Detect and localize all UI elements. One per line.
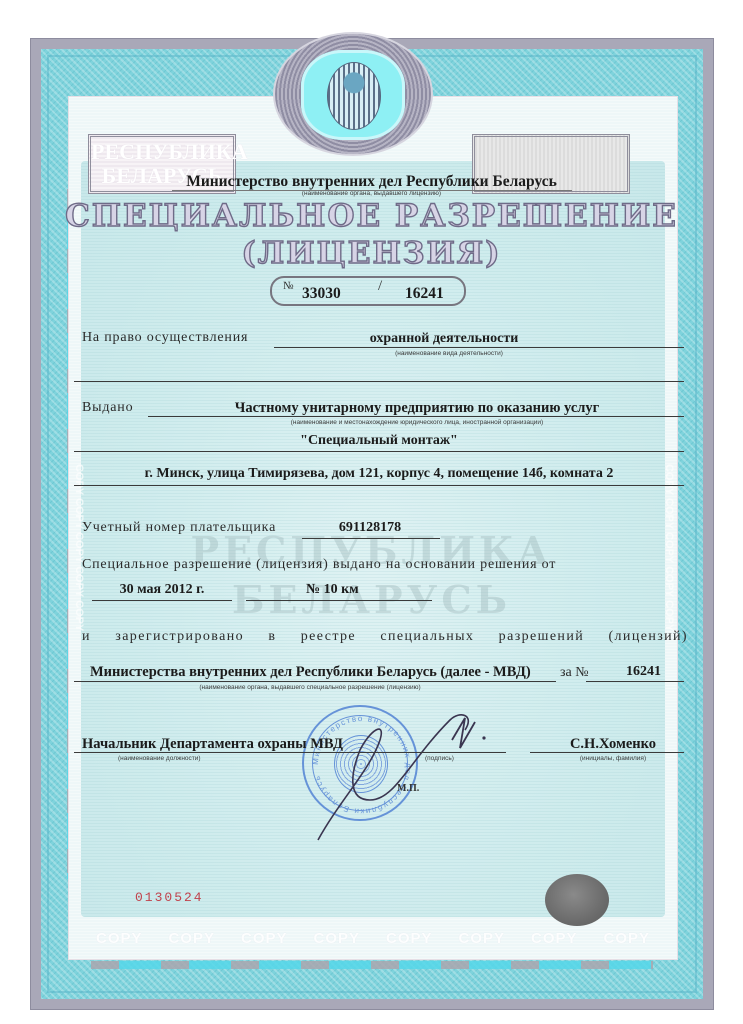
- signer-position: Начальник Департамента охраны МВД: [82, 736, 343, 753]
- issued-to-line1: Частному унитарному предприятию по оказа…: [150, 400, 684, 417]
- taxpayer-underline: [302, 538, 440, 539]
- address-underline: [74, 485, 684, 486]
- copy-mark: COPY: [96, 930, 143, 947]
- position-underline: [74, 752, 506, 753]
- issuing-authority: Министерство внутренних дел Республики Б…: [0, 173, 743, 191]
- copy-mark: COPY: [313, 930, 360, 947]
- number-separator: /: [378, 278, 382, 295]
- registry-caption: (наименование органа, выдавшего специаль…: [160, 684, 460, 691]
- watermark-republic: РЕСПУБЛИКА БЕЛАРУСЬ: [0, 528, 743, 622]
- registry-number-label: за №: [560, 665, 589, 681]
- border-ornament-bottom: [91, 961, 653, 969]
- decision-number: № 10 км: [246, 582, 426, 598]
- emblem-background: [301, 50, 405, 140]
- issued-to-underline1: [148, 416, 684, 417]
- registry-label: и зарегистрировано в реестре специальных…: [82, 629, 688, 645]
- copy-mark: COPY: [386, 930, 433, 947]
- activity-underline: [274, 347, 684, 348]
- position-caption: (наименование должности): [118, 755, 201, 762]
- serial-number: 0130524: [135, 890, 204, 905]
- issuer-caption: (наименование органа, выдавшего лицензию…: [0, 190, 743, 197]
- coat-of-arms-icon: [327, 62, 381, 130]
- taxpayer-label: Учетный номер плательщика: [82, 520, 276, 536]
- activity-value: охранной деятельности: [274, 331, 614, 347]
- state-emblem-frame: [273, 32, 433, 156]
- signature: [300, 700, 500, 850]
- copy-mark: COPY: [168, 930, 215, 947]
- number-sign: №: [283, 280, 294, 292]
- activity-caption: (наименование вида деятельности): [274, 350, 624, 357]
- decision-number-underline: [246, 600, 432, 601]
- blank-line: [74, 381, 684, 382]
- registry-number: 16241: [626, 664, 661, 680]
- signer-caption: (инициалы, фамилия): [548, 755, 678, 762]
- registry-label-text: и зарегистрировано в реестре специальных…: [82, 629, 688, 644]
- decision-date-underline: [92, 600, 232, 601]
- signer-name-underline: [530, 752, 684, 753]
- registry-body: Министерства внутренних дел Республики Б…: [90, 664, 531, 681]
- organization-address: г. Минск, улица Тимирязева, дом 121, кор…: [74, 466, 684, 482]
- issued-to-caption: (наименование и местонахождение юридичес…: [150, 419, 684, 426]
- decision-date: 30 мая 2012 г.: [92, 582, 232, 598]
- signature-caption: (подпись): [425, 755, 454, 762]
- license-number-part2: 16241: [405, 285, 444, 303]
- taxpayer-number: 691128178: [300, 520, 440, 536]
- issued-to-underline2: [74, 451, 684, 452]
- hologram-sticker: [545, 874, 609, 926]
- copy-mark: COPY: [458, 930, 505, 947]
- copy-mark: COPY: [241, 930, 288, 947]
- activity-label: На право осуществления: [82, 330, 248, 346]
- license-number-part1: 33030: [302, 285, 341, 303]
- registry-number-underline: [586, 681, 684, 682]
- registry-body-underline: [74, 681, 556, 682]
- copy-mark: COPY: [531, 930, 578, 947]
- document-title: СПЕЦИАЛЬНОЕ РАЗРЕШЕНИЕ: [0, 198, 743, 234]
- issuer-underline: [172, 190, 572, 191]
- basis-label: Специальное разрешение (лицензия) выдано…: [82, 557, 556, 573]
- stamp-place-mark: М.П.: [397, 783, 419, 794]
- document-subtitle: (ЛИЦЕНЗИЯ): [0, 236, 743, 271]
- copy-watermark-strip: COPY COPY COPY COPY COPY COPY COPY COPY: [83, 925, 663, 951]
- signer-name: С.Н.Хоменко: [548, 736, 678, 753]
- copy-mark: COPY: [603, 930, 650, 947]
- issued-to-label: Выдано: [82, 400, 133, 416]
- issued-to-line2: "Специальный монтаж": [74, 433, 684, 449]
